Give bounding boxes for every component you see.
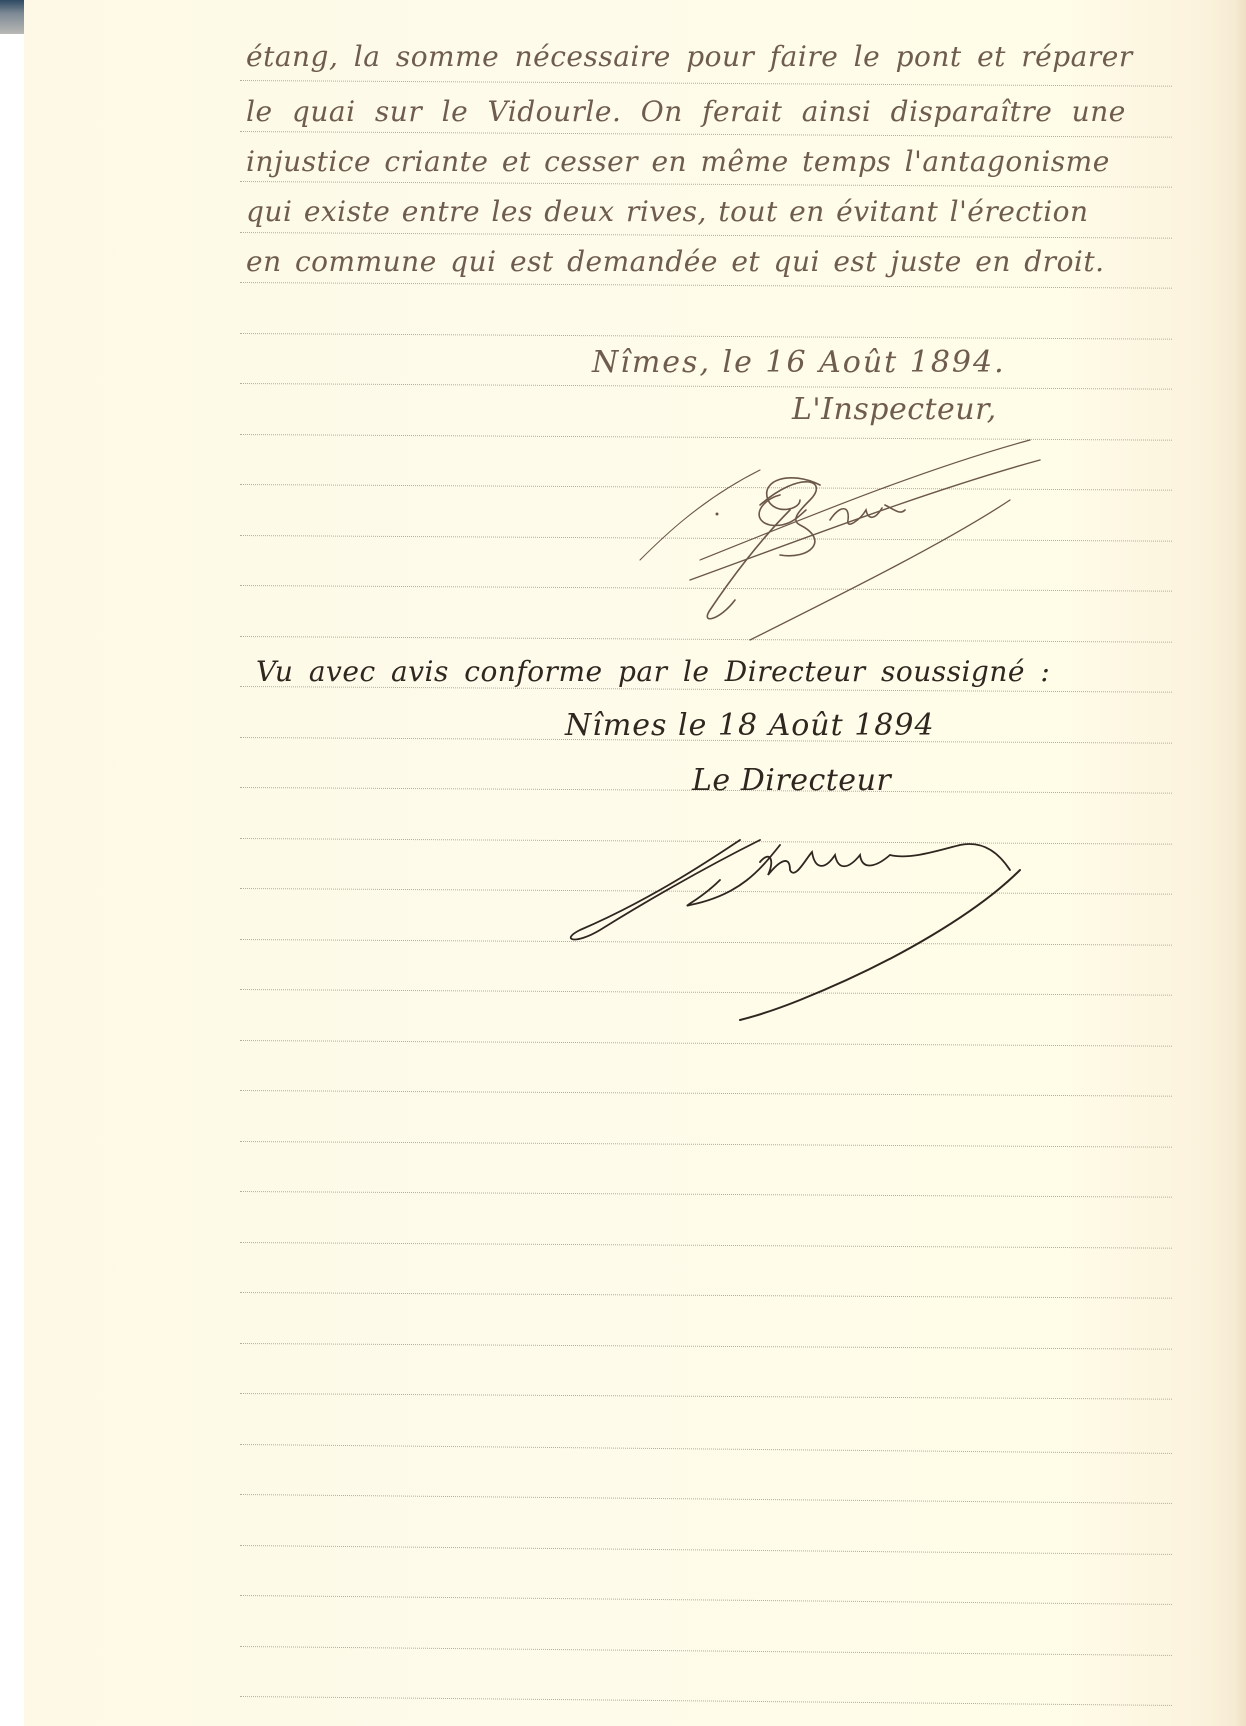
- director-signature-flourish: [0, 0, 1246, 1726]
